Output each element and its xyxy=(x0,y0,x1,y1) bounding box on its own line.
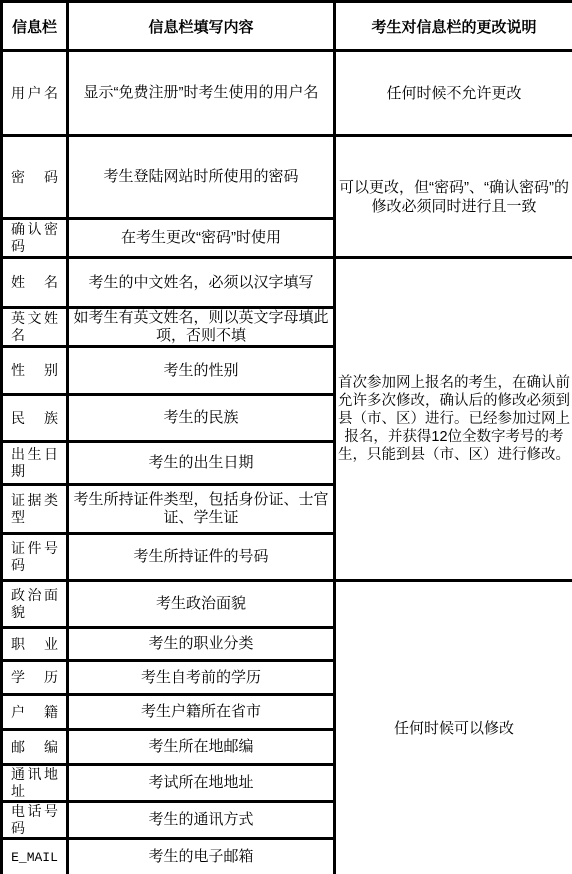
field-cell: 政治面貌 xyxy=(2,581,68,628)
table-row: 政治面貌考生政治面貌任何时候可以修改 xyxy=(2,581,572,628)
table-row: 密码考生登陆网站时所使用的密码可以更改，但“密码”、“确认密码”的修改必须同时进… xyxy=(2,136,572,219)
table-row: 姓名考生的中文姓名，必须以汉字填写首次参加网上报名的考生，在确认前允许多次修改，… xyxy=(2,258,572,308)
content-cell: 考生所持证件类型，包括身份证、士官证、学生证 xyxy=(68,485,335,534)
field-cell: 电话号码 xyxy=(2,802,68,839)
field-cell: 通讯地址 xyxy=(2,765,68,802)
content-cell: 在考生更改“密码”时使用 xyxy=(68,219,335,258)
content-cell: 考生的通讯方式 xyxy=(68,802,335,839)
field-cell: 姓名 xyxy=(2,258,68,308)
content-cell: 考生的中文姓名，必须以汉字填写 xyxy=(68,258,335,308)
col-header-content: 信息栏填写内容 xyxy=(68,2,335,51)
field-cell: 性别 xyxy=(2,347,68,395)
table-row: 用户名显示“免费注册”时考生使用的用户名任何时候不允许更改 xyxy=(2,51,572,136)
field-cell: 密码 xyxy=(2,136,68,219)
content-cell: 考生自考前的学历 xyxy=(68,661,335,695)
content-cell: 考生政治面貌 xyxy=(68,581,335,628)
field-cell: 用户名 xyxy=(2,51,68,136)
field-cell: E_MAIL xyxy=(2,839,68,874)
content-cell: 考生的电子邮箱 xyxy=(68,839,335,874)
content-cell: 考生户籍所在省市 xyxy=(68,695,335,730)
col-header-change-notes: 考生对信息栏的更改说明 xyxy=(335,2,572,51)
field-cell: 职业 xyxy=(2,628,68,661)
header-row: 信息栏 信息栏填写内容 考生对信息栏的更改说明 xyxy=(2,2,572,51)
field-cell: 出生日期 xyxy=(2,442,68,485)
field-cell: 证件号码 xyxy=(2,534,68,581)
content-cell: 考试所在地地址 xyxy=(68,765,335,802)
content-cell: 考生的出生日期 xyxy=(68,442,335,485)
content-cell: 考生所持证件的号码 xyxy=(68,534,335,581)
change-note-cell: 首次参加网上报名的考生，在确认前允许多次修改，确认后的修改必须到县（市、区）进行… xyxy=(335,258,572,581)
content-cell: 如考生有英文姓名，则以英文字母填此项，否则不填 xyxy=(68,308,335,347)
field-cell: 确认密码 xyxy=(2,219,68,258)
change-note-cell: 任何时候可以修改 xyxy=(335,581,572,874)
field-cell: 学历 xyxy=(2,661,68,695)
info-table: 信息栏 信息栏填写内容 考生对信息栏的更改说明 用户名显示“免费注册”时考生使用… xyxy=(0,0,572,874)
change-note-cell: 任何时候不允许更改 xyxy=(335,51,572,136)
content-cell: 考生的性别 xyxy=(68,347,335,395)
field-cell: 邮编 xyxy=(2,730,68,765)
content-cell: 考生登陆网站时所使用的密码 xyxy=(68,136,335,219)
field-cell: 民族 xyxy=(2,395,68,442)
field-cell: 户籍 xyxy=(2,695,68,730)
change-note-cell: 可以更改，但“密码”、“确认密码”的修改必须同时进行且一致 xyxy=(335,136,572,258)
content-cell: 考生所在地邮编 xyxy=(68,730,335,765)
col-header-field: 信息栏 xyxy=(2,2,68,51)
content-cell: 考生的职业分类 xyxy=(68,628,335,661)
table-header: 信息栏 信息栏填写内容 考生对信息栏的更改说明 xyxy=(2,2,572,51)
field-cell: 英文姓名 xyxy=(2,308,68,347)
content-cell: 显示“免费注册”时考生使用的用户名 xyxy=(68,51,335,136)
page: 信息栏 信息栏填写内容 考生对信息栏的更改说明 用户名显示“免费注册”时考生使用… xyxy=(0,0,572,874)
content-cell: 考生的民族 xyxy=(68,395,335,442)
field-cell: 证据类型 xyxy=(2,485,68,534)
table-body: 用户名显示“免费注册”时考生使用的用户名任何时候不允许更改密码考生登陆网站时所使… xyxy=(2,51,572,874)
